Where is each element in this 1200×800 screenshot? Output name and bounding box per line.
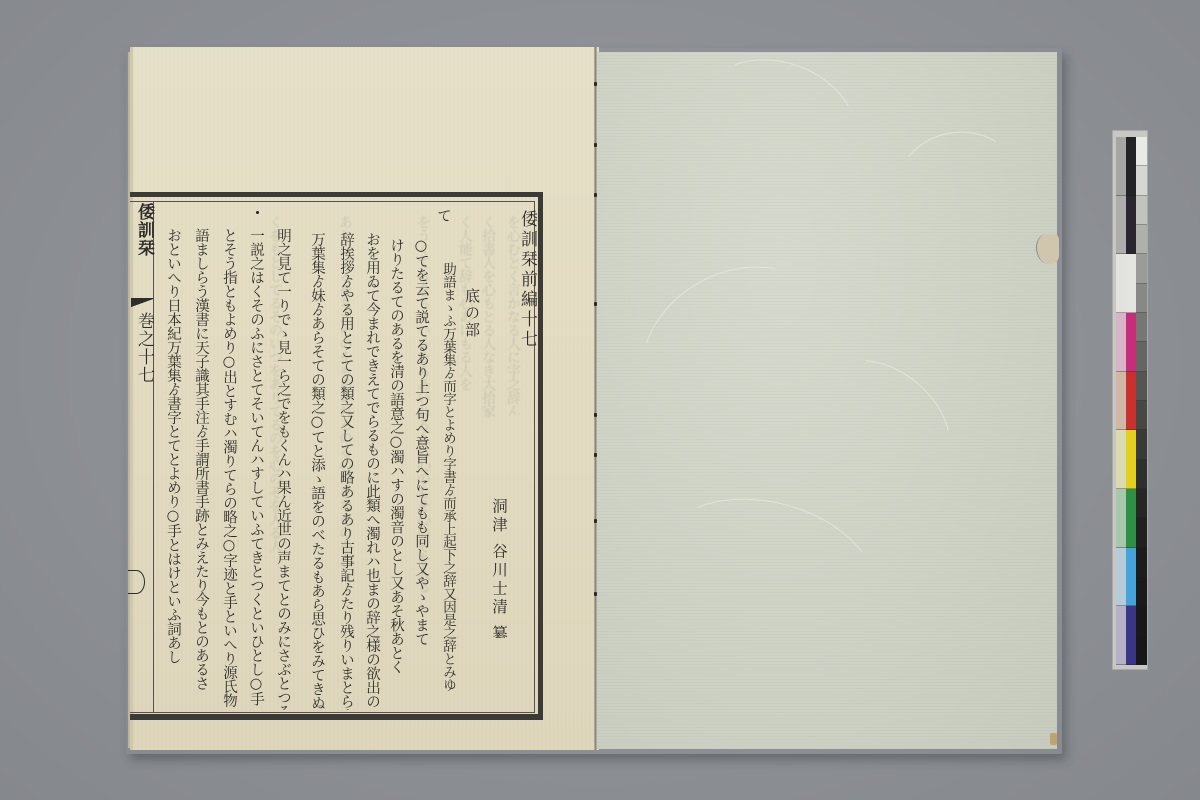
color-patch: [1116, 313, 1126, 372]
hashira-title: 倭訓栞: [133, 203, 153, 257]
color-calibration-chart: [1112, 130, 1148, 670]
text-column-3: ○てを云て説てるあり上つ句へ意旨へにてもも同し又やゝやまて: [410, 238, 432, 710]
hashira-margin: [131, 201, 154, 713]
color-patch: [1116, 606, 1126, 665]
color-patch: [1126, 606, 1136, 665]
color-patch: [1136, 489, 1147, 518]
color-patch: [1136, 342, 1147, 371]
text-column-10: とそう指ともよめり○出とすむハ濁りてらの略之○字迹と手といへり源氏物: [218, 228, 240, 710]
color-patch: [1136, 166, 1147, 195]
author-line: 洞津 谷川士清 纂: [488, 498, 510, 638]
text-column-11: 語ましらう漢書に天子識其手注ゟ手謂所書手跡とみえたり今もとのあるさ: [190, 228, 212, 710]
color-patch: [1116, 196, 1126, 255]
color-patch: [1136, 254, 1147, 283]
corner-stain: [1050, 733, 1057, 745]
color-patch: [1136, 460, 1147, 489]
color-patch: [1116, 430, 1126, 489]
text-column-6: 辞挨拶ゟやる用とこての類之又しての略あるあり古事記ゟたり残りいまとらすて: [335, 232, 357, 710]
color-patch: [1136, 430, 1147, 459]
color-patch: [1116, 254, 1126, 313]
color-patch: [1126, 254, 1136, 313]
color-patch: [1126, 137, 1136, 196]
fishtail-mark-icon: [131, 298, 153, 308]
text-column-1: て: [432, 208, 454, 232]
color-patch: [1126, 313, 1136, 372]
color-patch: [1126, 489, 1136, 548]
color-patch: [1116, 548, 1126, 607]
text-column-7: 万葉集ゟ妹ゟあらそての類之○てと添ゝ語をのべたるもあら思ひをみてきぬるひそら: [306, 232, 328, 710]
color-chart-column-grayscale: [1136, 137, 1147, 665]
color-patch: [1136, 372, 1147, 401]
right-page-blank: [597, 52, 1057, 749]
text-column-12: おといへり日本紀万葉集ゟ書字とてとよめり○手とはけといふ詞あし: [162, 228, 184, 710]
color-patch: [1126, 196, 1136, 255]
text-column-9: 一説之はくそのふにさとてそいてんハすしていふてきとつくといひとし○手ハ出之: [245, 228, 267, 710]
color-patch: [1136, 401, 1147, 430]
color-patch: [1136, 606, 1147, 635]
color-patch: [1136, 548, 1147, 577]
color-patch: [1126, 430, 1136, 489]
color-patch: [1136, 196, 1147, 225]
text-column-2: 助語まゝふ万葉集ゟ而字とよめり字書ゟ而承上起下之辞又因是之辞とみゆ: [437, 262, 459, 710]
color-patch: [1136, 137, 1147, 166]
color-patch: [1136, 577, 1147, 606]
color-patch: [1116, 489, 1126, 548]
color-patch: [1136, 225, 1147, 254]
color-patch: [1136, 518, 1147, 547]
color-chart-column-saturated: [1126, 137, 1136, 665]
color-patch: [1126, 548, 1136, 607]
section-heading: 底の部: [462, 288, 483, 348]
ink-dot: [256, 211, 259, 214]
color-patch: [1136, 313, 1147, 342]
color-patch: [1126, 372, 1136, 431]
color-chart-column-light: [1116, 137, 1126, 665]
color-patch: [1136, 284, 1147, 313]
hashira-volume: 巻之十七: [133, 312, 153, 384]
paper-tear-spot: [1036, 234, 1059, 264]
text-column-4: けりたるてのあるを清の語意之○濁ハすの濁音のとし又あそ秋あとく: [385, 238, 407, 710]
scan-scene: を心むとく言かなる人に字之辞ん く拾書人を心もとる人なき大拾家 く人能て辞も心あ…: [0, 0, 1200, 800]
color-patch: [1136, 636, 1147, 665]
text-column-8: 明之見て一りでゝ見一ら之でをもくんハ果ん近世の声まてとのみにさぶとつるとしま: [272, 228, 294, 710]
color-patch: [1116, 372, 1126, 431]
color-patch: [1116, 137, 1126, 196]
hashira-circle-mark-icon: [128, 570, 145, 594]
book-title-column: 倭訓栞前編十七: [515, 210, 540, 350]
text-column-5: おを用ゐて今まれできえてでらるものに此類へ濁れハ也まの辞之様の欲出の: [361, 232, 383, 710]
